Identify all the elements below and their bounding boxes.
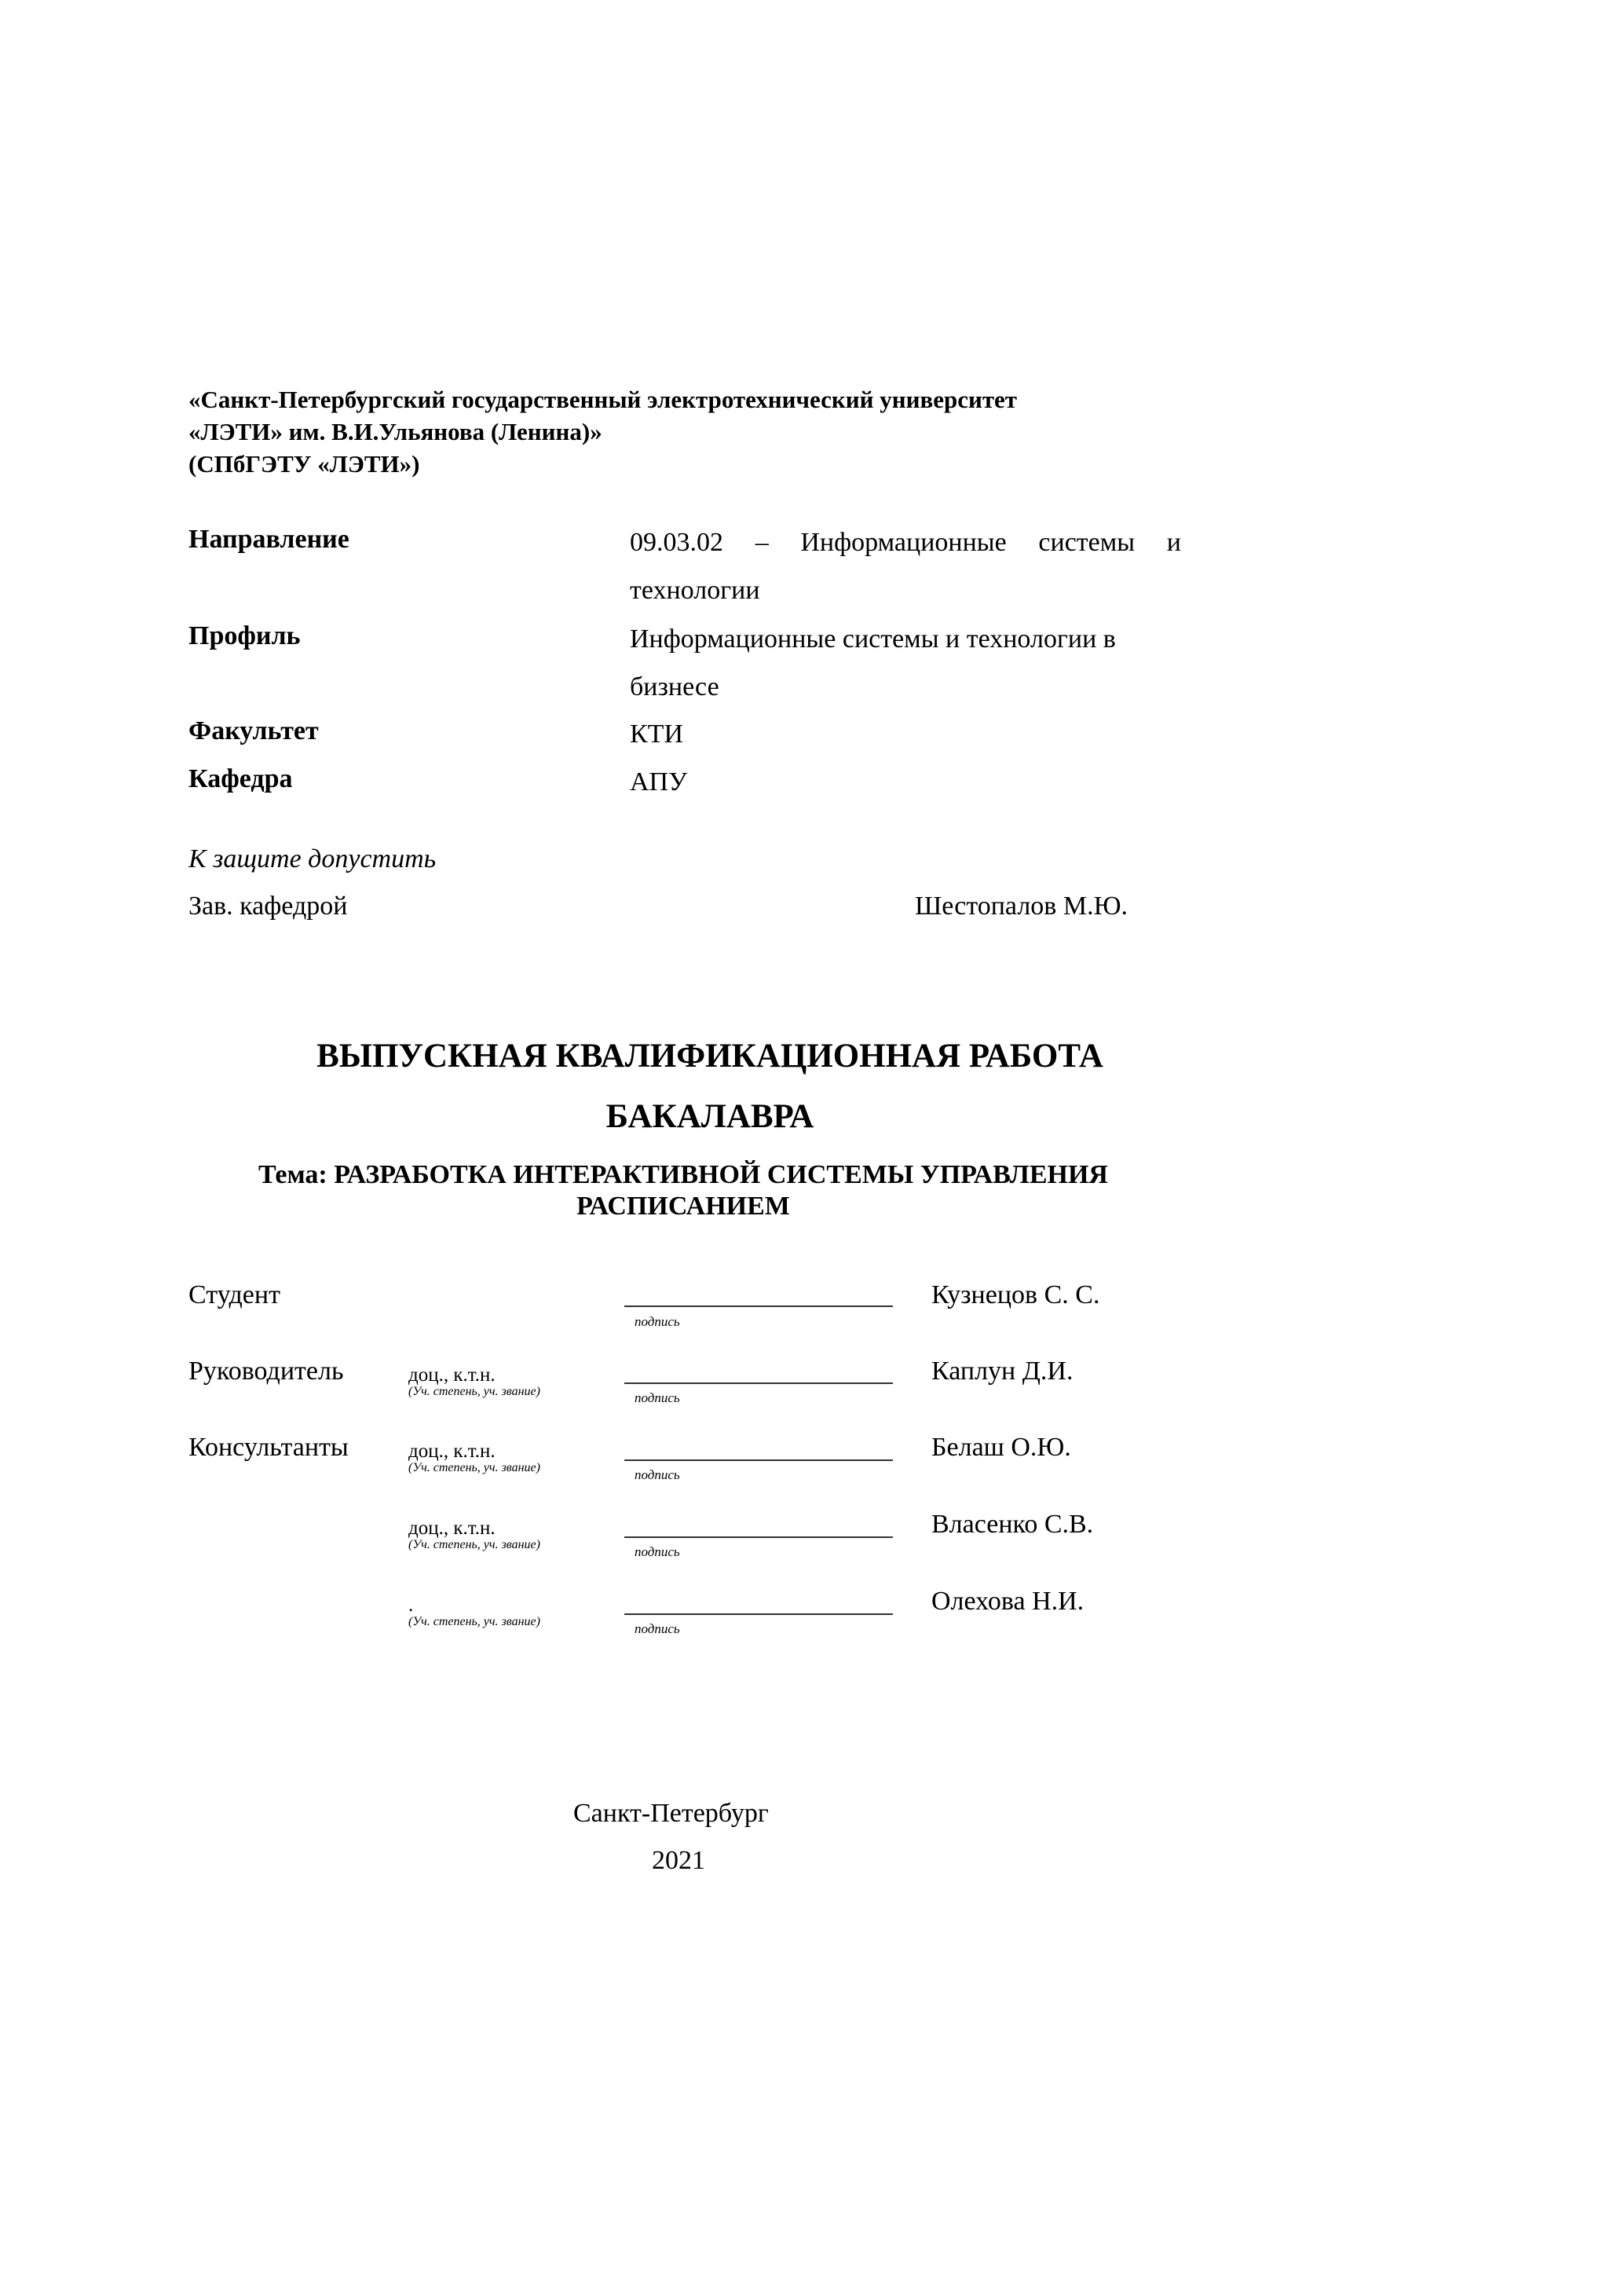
name-supervisor: Каплун Д.И.	[931, 1357, 1073, 1386]
signature-line	[624, 1613, 893, 1615]
work-type-line-1: ВЫПУСКНАЯ КВАЛИФИКАЦИОННАЯ РАБОТА	[0, 1037, 1522, 1075]
head-of-department-label: Зав. кафедрой	[188, 892, 347, 921]
signature-line	[624, 1382, 893, 1384]
name-student: Кузнецов С. С.	[931, 1280, 1099, 1310]
signature-caption: подпись	[635, 1467, 680, 1483]
approval-note: К защите допустить	[188, 844, 436, 874]
year: 2021	[652, 1846, 705, 1876]
rank-caption: (Уч. степень, уч. звание)	[408, 1615, 540, 1629]
role-student: Студент	[188, 1280, 280, 1310]
head-of-department-name: Шестопалов М.Ю.	[915, 892, 1128, 921]
work-type-line-2: БАКАЛАВРА	[0, 1097, 1522, 1136]
signature-line	[624, 1536, 893, 1538]
info-label-department: Кафедра	[188, 764, 292, 794]
name-consultant-3: Олехова Н.И.	[931, 1587, 1084, 1617]
university-line-3: (СПбГЭТУ «ЛЭТИ»)	[188, 448, 1017, 480]
signature-caption: подпись	[635, 1621, 680, 1637]
info-label-direction: Направление	[188, 525, 349, 555]
signature-line	[624, 1305, 893, 1307]
signature-caption: подпись	[635, 1390, 680, 1406]
rank-caption: (Уч. степень, уч. звание)	[408, 1385, 540, 1399]
rank-consultant-3: .	[408, 1595, 413, 1617]
signature-caption: подпись	[635, 1544, 680, 1560]
university-name: «Санкт-Петербургский государственный эле…	[188, 383, 1017, 480]
city: Санкт-Петербург	[573, 1799, 769, 1829]
topic-line-1: Тема: РАЗРАБОТКА ИНТЕРАКТИВНОЙ СИСТЕМЫ У…	[0, 1159, 1366, 1191]
rank-consultant-1: доц., к.т.н.	[408, 1441, 496, 1463]
rank-consultant-2: доц., к.т.н.	[408, 1518, 496, 1540]
name-consultant-2: Власенко С.В.	[931, 1510, 1093, 1540]
info-value-department: АПУ	[630, 758, 687, 806]
signature-line	[624, 1459, 893, 1461]
info-value-profile: Информационные системы и технологии в би…	[630, 615, 1181, 711]
info-label-profile: Профиль	[188, 621, 301, 651]
info-value-faculty: КТИ	[630, 710, 683, 758]
info-value-direction: 09.03.02 – Информационные системы и техн…	[630, 518, 1181, 614]
university-line-2: «ЛЭТИ» им. В.И.Ульянова (Ленина)»	[188, 416, 1017, 448]
role-consultants: Консультанты	[188, 1433, 349, 1463]
role-supervisor: Руководитель	[188, 1357, 343, 1386]
topic: Тема: РАЗРАБОТКА ИНТЕРАКТИВНОЙ СИСТЕМЫ У…	[0, 1159, 1366, 1222]
university-line-1: «Санкт-Петербургский государственный эле…	[188, 383, 1017, 416]
info-label-faculty: Факультет	[188, 716, 319, 746]
signature-caption: подпись	[635, 1314, 680, 1330]
name-consultant-1: Белаш О.Ю.	[931, 1433, 1071, 1463]
rank-caption: (Уч. степень, уч. звание)	[408, 1461, 540, 1475]
topic-line-2: РАСПИСАНИЕМ	[0, 1191, 1366, 1222]
rank-caption: (Уч. степень, уч. звание)	[408, 1538, 540, 1552]
rank-supervisor: доц., к.т.н.	[408, 1364, 496, 1386]
